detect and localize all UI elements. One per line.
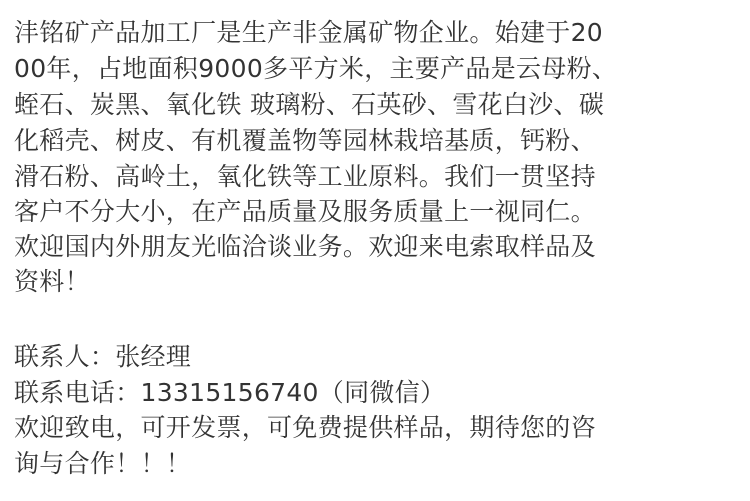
intro-line-8: 资料！ xyxy=(14,267,90,297)
intro-line-6: 客户不分大小，在产品质量及服务质量上一视同仁。 xyxy=(14,197,596,227)
intro-line-4: 化稻壳、树皮、有机覆盖物等园林栽培基质，钙粉、 xyxy=(14,126,596,156)
contact-person: 联系人：张经理 xyxy=(14,342,191,372)
intro-line-1: 沣铭矿产品加工厂是生产非金属矿物企业。始建于20 xyxy=(14,18,603,48)
intro-line-2: 00年，占地面积9000多平方米，主要产品是云母粉、 xyxy=(14,54,617,84)
closing-line-1: 欢迎致电，可开发票，可免费提供样品，期待您的咨 xyxy=(14,413,596,443)
contact-phone: 联系电话：13315156740（同微信） xyxy=(14,378,445,408)
intro-line-3: 蛭石、炭黑、氧化铁 玻璃粉、石英砂、雪花白沙、碳 xyxy=(14,90,604,120)
intro-line-7: 欢迎国内外朋友光临洽谈业务。欢迎来电索取样品及 xyxy=(14,232,596,262)
closing-line-2: 询与合作！！！ xyxy=(14,449,191,479)
intro-line-5: 滑石粉、高岭土，氧化铁等工业原料。我们一贯坚持 xyxy=(14,162,596,192)
